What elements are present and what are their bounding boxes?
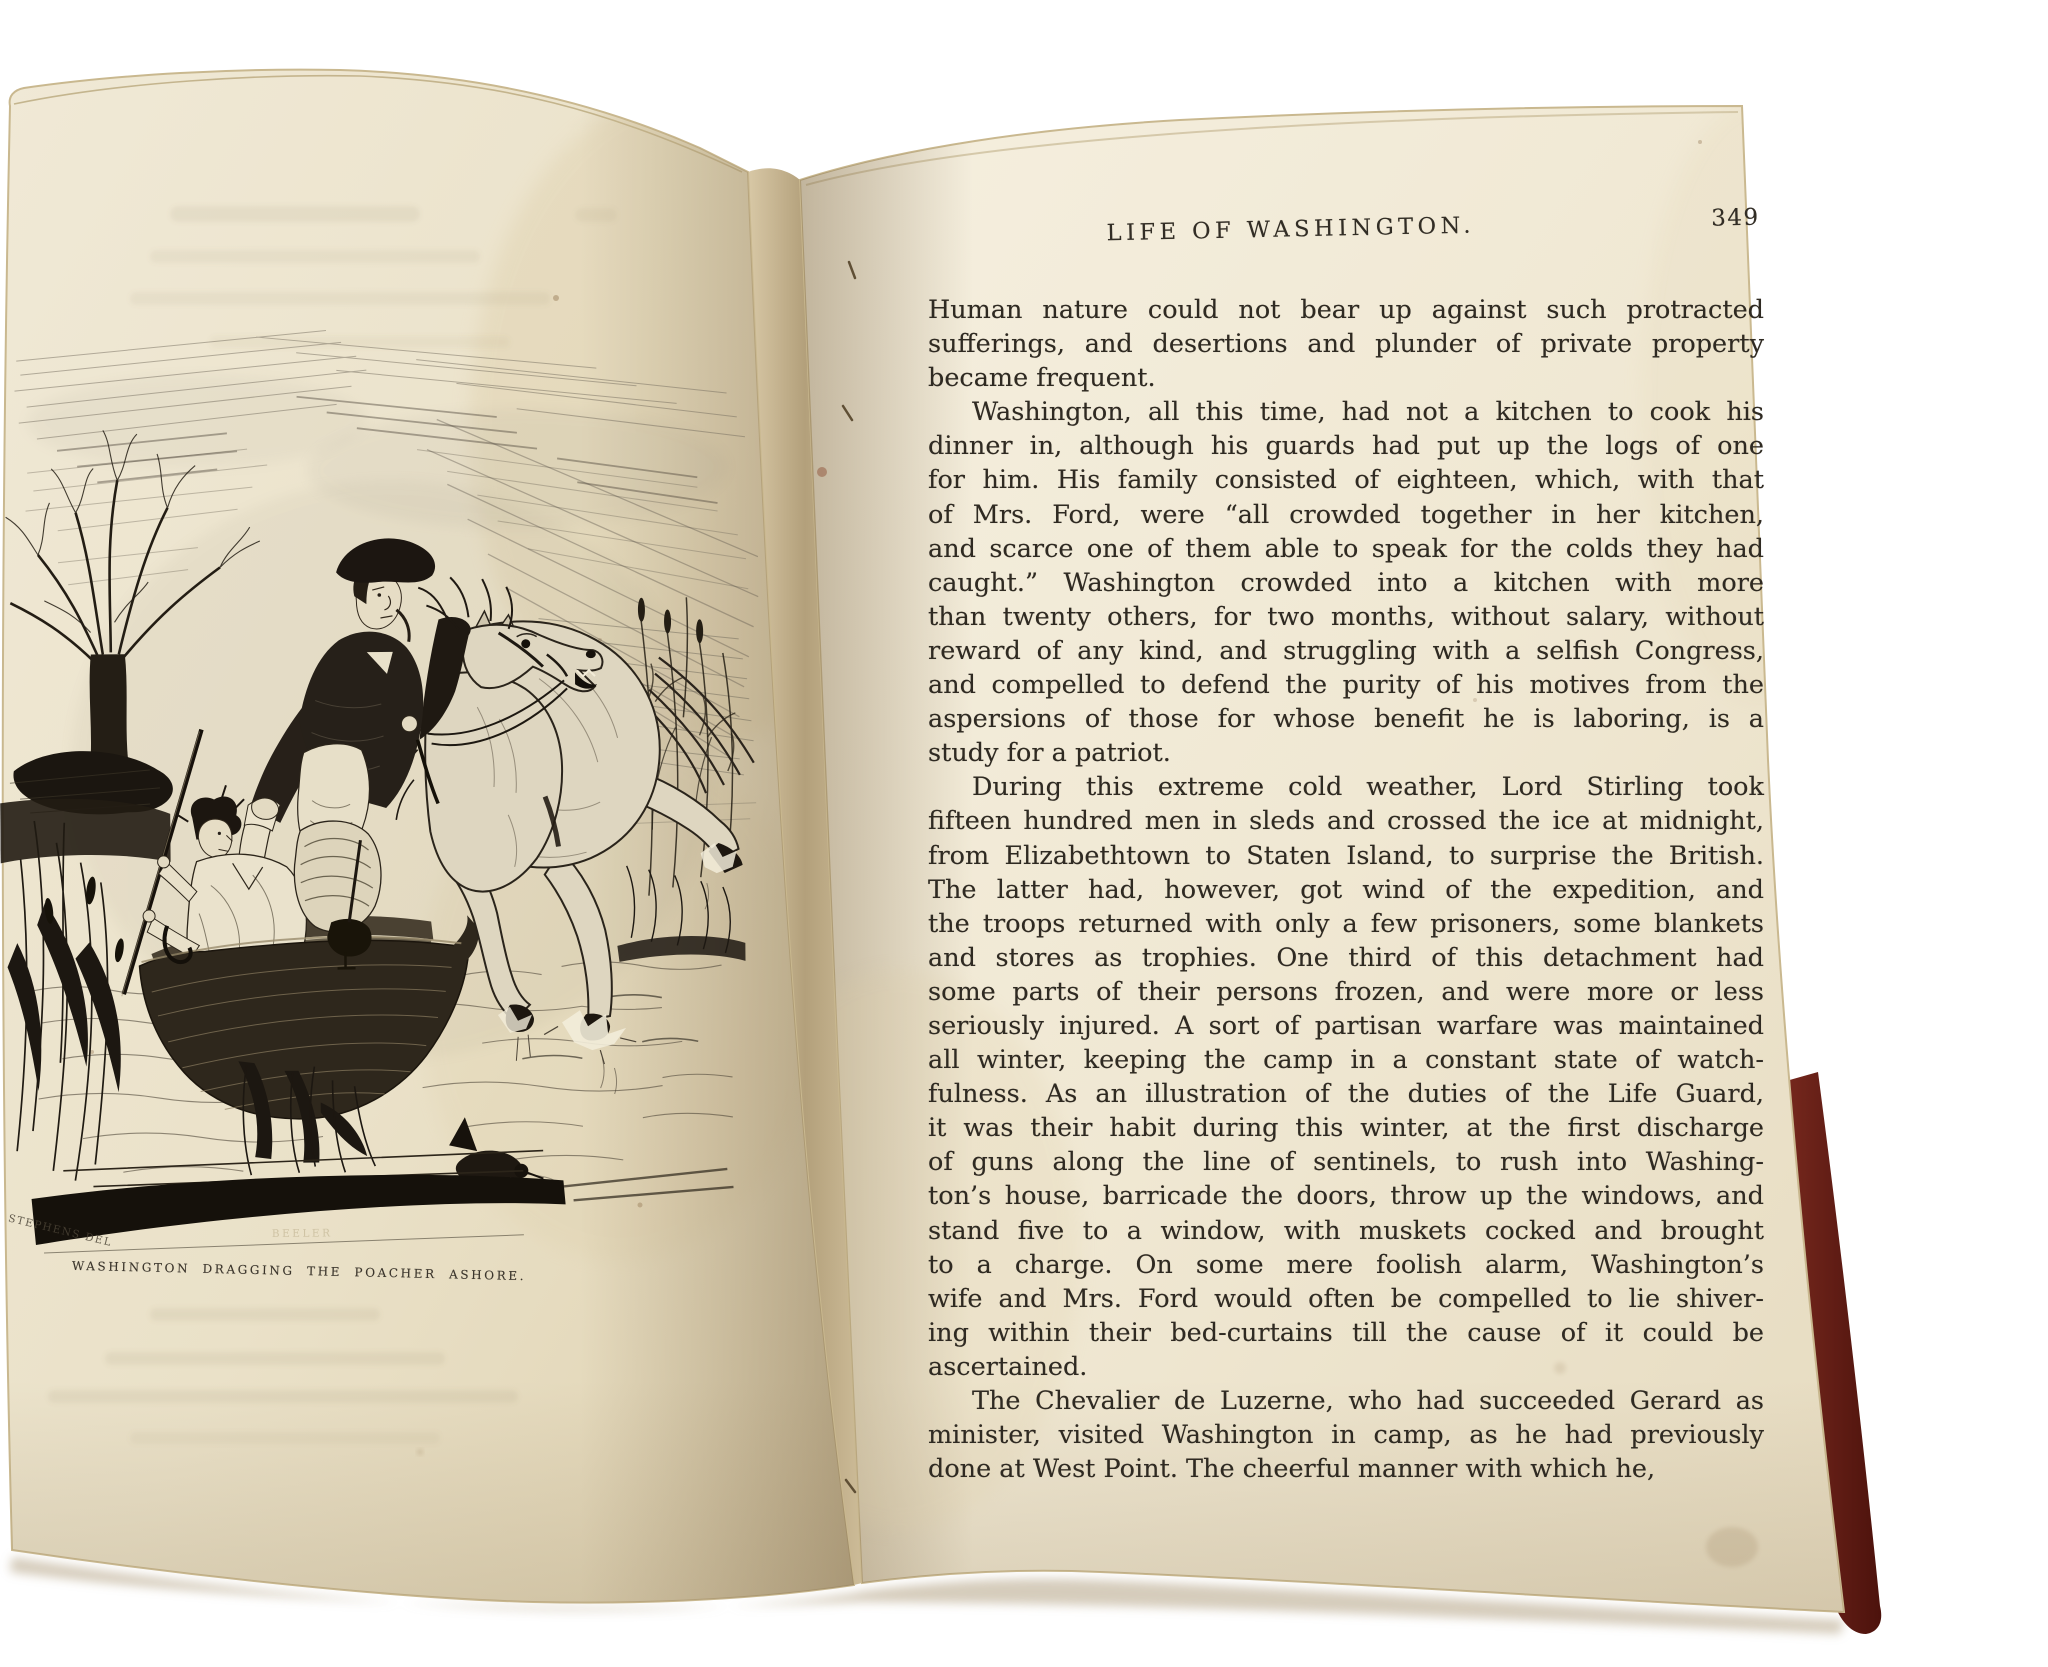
text-line: for him. His family consisted of eightee… bbox=[928, 463, 1764, 497]
text-line: done at West Point. The cheerful manner … bbox=[928, 1452, 1764, 1486]
text-line: sufferings, and desertions and plunder o… bbox=[928, 327, 1764, 361]
text-line: it was their habit during this winter, a… bbox=[928, 1111, 1764, 1145]
text-line: of Mrs. Ford, were “all crowded together… bbox=[928, 498, 1764, 532]
text-line: from Elizabethtown to Staten Island, to … bbox=[928, 839, 1764, 873]
text-line: seriously injured. A sort of partisan wa… bbox=[928, 1009, 1764, 1043]
page-number: 349 bbox=[1711, 205, 1760, 232]
text-line: ton’s house, barricade the doors, throw … bbox=[928, 1179, 1764, 1213]
text-line: stand five to a window, with muskets coc… bbox=[928, 1214, 1764, 1248]
gripping-hand bbox=[252, 798, 279, 820]
text-line: Human nature could not bear up against s… bbox=[928, 293, 1764, 327]
text-line: Washington, all this time, had not a kit… bbox=[928, 395, 1764, 429]
text-line: ascertained. bbox=[928, 1350, 1764, 1384]
text-line: all winter, keeping the camp in a consta… bbox=[928, 1043, 1764, 1077]
text-line: ing within their bed-curtains till the c… bbox=[928, 1316, 1764, 1350]
text-line: caught.” Washington crowded into a kitch… bbox=[928, 566, 1764, 600]
body-text: Human nature could not bear up against s… bbox=[928, 293, 1764, 1486]
text-line: the troops returned with only a few pris… bbox=[928, 907, 1764, 941]
text-line: than twenty others, for two months, with… bbox=[928, 600, 1764, 634]
text-line: reward of any kind, and struggling with … bbox=[928, 634, 1764, 668]
text-line: some parts of their persons frozen, and … bbox=[928, 975, 1764, 1009]
text-line: and stores as trophies. One third of thi… bbox=[928, 941, 1764, 975]
text-line: dinner in, although his guards had put u… bbox=[928, 429, 1764, 463]
right-page-text: LIFE OF WASHINGTON. 349 Human nature cou… bbox=[928, 224, 1764, 1486]
text-line: of guns along the line of sentinels, to … bbox=[928, 1145, 1764, 1179]
text-line: and scarce one of them able to speak for… bbox=[928, 532, 1764, 566]
text-line: became frequent. bbox=[928, 361, 1764, 395]
shore-band: BEELER bbox=[31, 1149, 734, 1253]
text-line: During this extreme cold weather, Lord S… bbox=[928, 770, 1764, 804]
text-line: fifteen hundred men in sleds and crossed… bbox=[928, 804, 1764, 838]
text-line: aspersions of those for whose benefit he… bbox=[928, 702, 1764, 736]
text-line: to a charge. On some mere foolish alarm,… bbox=[928, 1248, 1764, 1282]
engraver-signature: BEELER bbox=[272, 1227, 333, 1240]
text-line: study for a patriot. bbox=[928, 736, 1764, 770]
text-line: The latter had, however, got wind of the… bbox=[928, 873, 1764, 907]
book-photo: BEELER STEPHENS DEL WASHINGTON DRAGGING … bbox=[0, 0, 2048, 1667]
text-line: The Chevalier de Luzerne, who had succee… bbox=[928, 1384, 1764, 1418]
text-line: fulness. As an illustration of the dutie… bbox=[928, 1077, 1764, 1111]
illustration: BEELER STEPHENS DEL bbox=[0, 297, 764, 1284]
text-line: and compelled to defend the purity of hi… bbox=[928, 668, 1764, 702]
text-line: minister, visited Washington in camp, as… bbox=[928, 1418, 1764, 1452]
text-line: wife and Mrs. Ford would often be compel… bbox=[928, 1282, 1764, 1316]
